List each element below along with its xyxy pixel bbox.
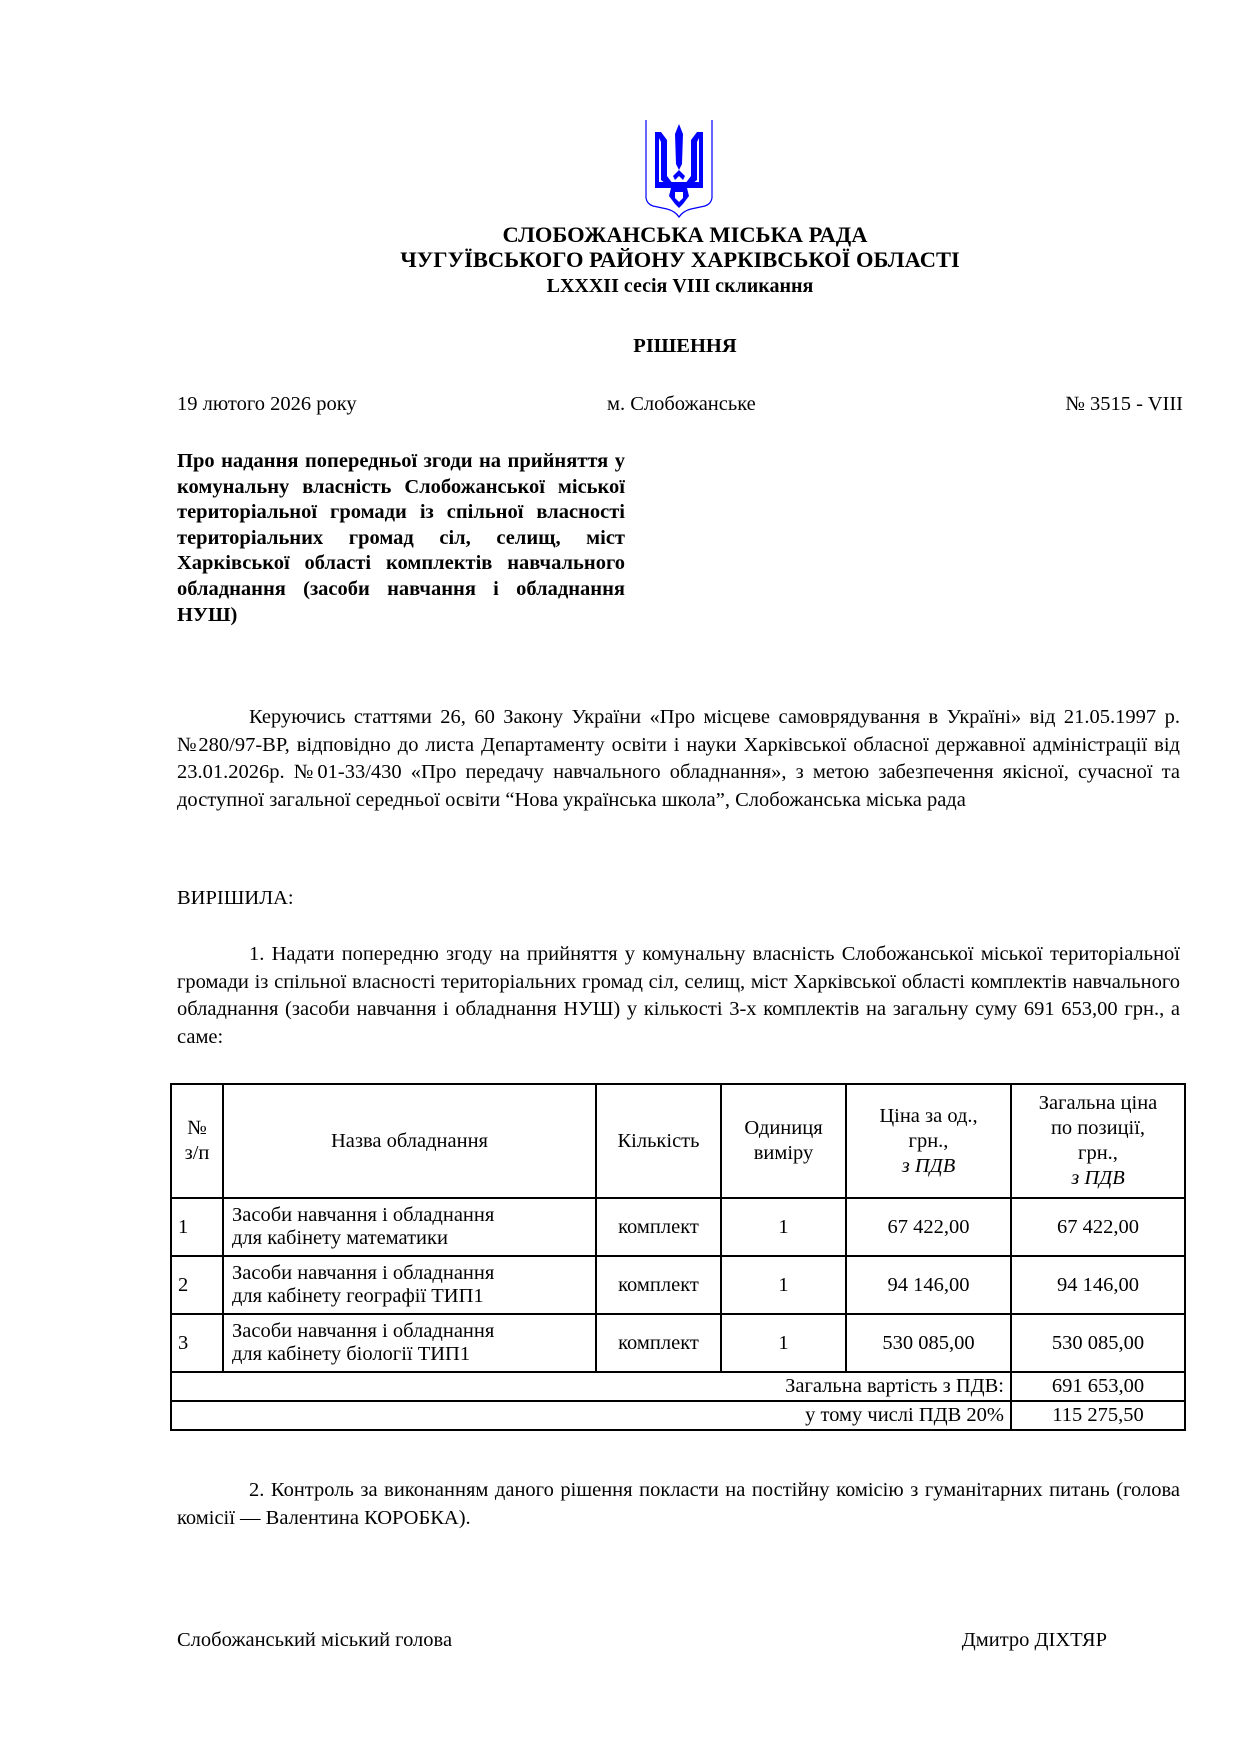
table-row: 3 Засоби навчання і обладнання для кабін… (171, 1314, 1185, 1372)
table-row: 1 Засоби навчання і обладнання для кабін… (171, 1198, 1185, 1256)
document-type-title: РІШЕННЯ (0, 335, 1240, 358)
summary-vat-value: 115 275,50 (1011, 1401, 1185, 1430)
signatory-name: Дмитро ДІХТЯР (962, 1629, 1107, 1652)
signatory-title: Слобожанський міський голова (177, 1629, 452, 1652)
row-number: 2 (171, 1256, 223, 1314)
row-price: 94 146,00 (846, 1256, 1011, 1314)
row-price: 67 422,00 (846, 1198, 1011, 1256)
column-header-unit-line1: Одиниця (728, 1116, 839, 1141)
row-quantity: 1 (721, 1198, 846, 1256)
summary-row-total: Загальна вартість з ПДВ: 691 653,00 (171, 1372, 1185, 1401)
row-total: 94 146,00 (1011, 1256, 1185, 1314)
column-header-total-line3: грн., (1018, 1141, 1178, 1166)
column-header-price-line1: Ціна за од., (853, 1104, 1004, 1129)
row-unit: комплект (596, 1314, 721, 1372)
document-city: м. Слобожанське (607, 393, 756, 416)
column-header-price-line2: грн., (853, 1129, 1004, 1154)
table-header-row: № з/п Назва обладнання Кількість Одиниця… (171, 1084, 1185, 1198)
row-name: Засоби навчання і обладнання для кабінет… (223, 1314, 596, 1372)
document-meta-row: 19 лютого 2026 року м. Слобожанське № 35… (177, 393, 1183, 421)
column-header-quantity: Кількість (596, 1084, 721, 1198)
document-number: № 3515 - VIII (1065, 393, 1183, 416)
decision-item-1-text: 1. Надати попередню згоду на прийняття у… (177, 943, 1180, 1048)
row-name: Засоби навчання і обладнання для кабінет… (223, 1198, 596, 1256)
column-header-total-price: Загальна ціна по позиції, грн., з ПДВ (1011, 1084, 1185, 1198)
row-name-line2: для кабінету географії ТИП1 (232, 1285, 589, 1308)
column-header-price-line3: з ПДВ (853, 1154, 1004, 1179)
column-header-total-line1: Загальна ціна (1018, 1091, 1178, 1116)
row-name-line1: Засоби навчання і обладнання (232, 1262, 589, 1285)
row-quantity: 1 (721, 1256, 846, 1314)
district-name: ЧУГУЇВСЬКОГО РАЙОНУ ХАРКІВСЬКОЇ ОБЛАСТІ (0, 247, 1240, 273)
column-header-number-line1: № (178, 1116, 216, 1141)
council-name: СЛОБОЖАНСЬКА МІСЬКА РАДА (0, 222, 1240, 248)
row-number: 1 (171, 1198, 223, 1256)
column-header-unit-price: Ціна за од., грн., з ПДВ (846, 1084, 1011, 1198)
resolved-label: ВИРІШИЛА: (177, 887, 294, 910)
decision-item-2: 2. Контроль за виконанням даного рішення… (177, 1477, 1180, 1532)
summary-vat-label: у тому числі ПДВ 20% (171, 1401, 1011, 1430)
row-name-line1: Засоби навчання і обладнання (232, 1320, 589, 1343)
row-price: 530 085,00 (846, 1314, 1011, 1372)
trident-coat-of-arms-icon (645, 118, 713, 218)
document-date: 19 лютого 2026 року (177, 393, 357, 416)
signature-block: Слобожанський міський голова Дмитро ДІХТ… (177, 1629, 1107, 1657)
column-header-total-line4: з ПДВ (1018, 1166, 1178, 1191)
row-name-line2: для кабінету біології ТИП1 (232, 1343, 589, 1366)
row-name-line1: Засоби навчання і обладнання (232, 1204, 589, 1227)
column-header-total-line2: по позиції, (1018, 1116, 1178, 1141)
summary-total-label: Загальна вартість з ПДВ: (171, 1372, 1011, 1401)
summary-row-vat: у тому числі ПДВ 20% 115 275,50 (171, 1401, 1185, 1430)
row-quantity: 1 (721, 1314, 846, 1372)
row-total: 530 085,00 (1011, 1314, 1185, 1372)
equipment-table: № з/п Назва обладнання Кількість Одиниця… (170, 1083, 1186, 1431)
row-name: Засоби навчання і обладнання для кабінет… (223, 1256, 596, 1314)
row-unit: комплект (596, 1256, 721, 1314)
row-number: 3 (171, 1314, 223, 1372)
column-header-unit-line2: виміру (728, 1141, 839, 1166)
decision-item-1: 1. Надати попередню згоду на прийняття у… (177, 941, 1180, 1051)
row-name-line2: для кабінету математики (232, 1227, 589, 1250)
decision-item-2-text: 2. Контроль за виконанням даного рішення… (177, 1479, 1180, 1529)
preamble-paragraph: Керуючись статтями 26, 60 Закону України… (177, 704, 1180, 814)
column-header-unit: Одиниця виміру (721, 1084, 846, 1198)
column-header-number-line2: з/п (178, 1141, 216, 1166)
table-row: 2 Засоби навчання і обладнання для кабін… (171, 1256, 1185, 1314)
session-info: LXXXII сесія VIII скликання (0, 275, 1240, 298)
preamble-text: Керуючись статтями 26, 60 Закону України… (177, 706, 1180, 811)
decision-subject: Про надання попередньої згоди на прийнят… (177, 449, 625, 628)
document-page: СЛОБОЖАНСЬКА МІСЬКА РАДА ЧУГУЇВСЬКОГО РА… (0, 0, 1240, 1754)
column-header-number: № з/п (171, 1084, 223, 1198)
column-header-name: Назва обладнання (223, 1084, 596, 1198)
row-total: 67 422,00 (1011, 1198, 1185, 1256)
summary-total-value: 691 653,00 (1011, 1372, 1185, 1401)
row-unit: комплект (596, 1198, 721, 1256)
